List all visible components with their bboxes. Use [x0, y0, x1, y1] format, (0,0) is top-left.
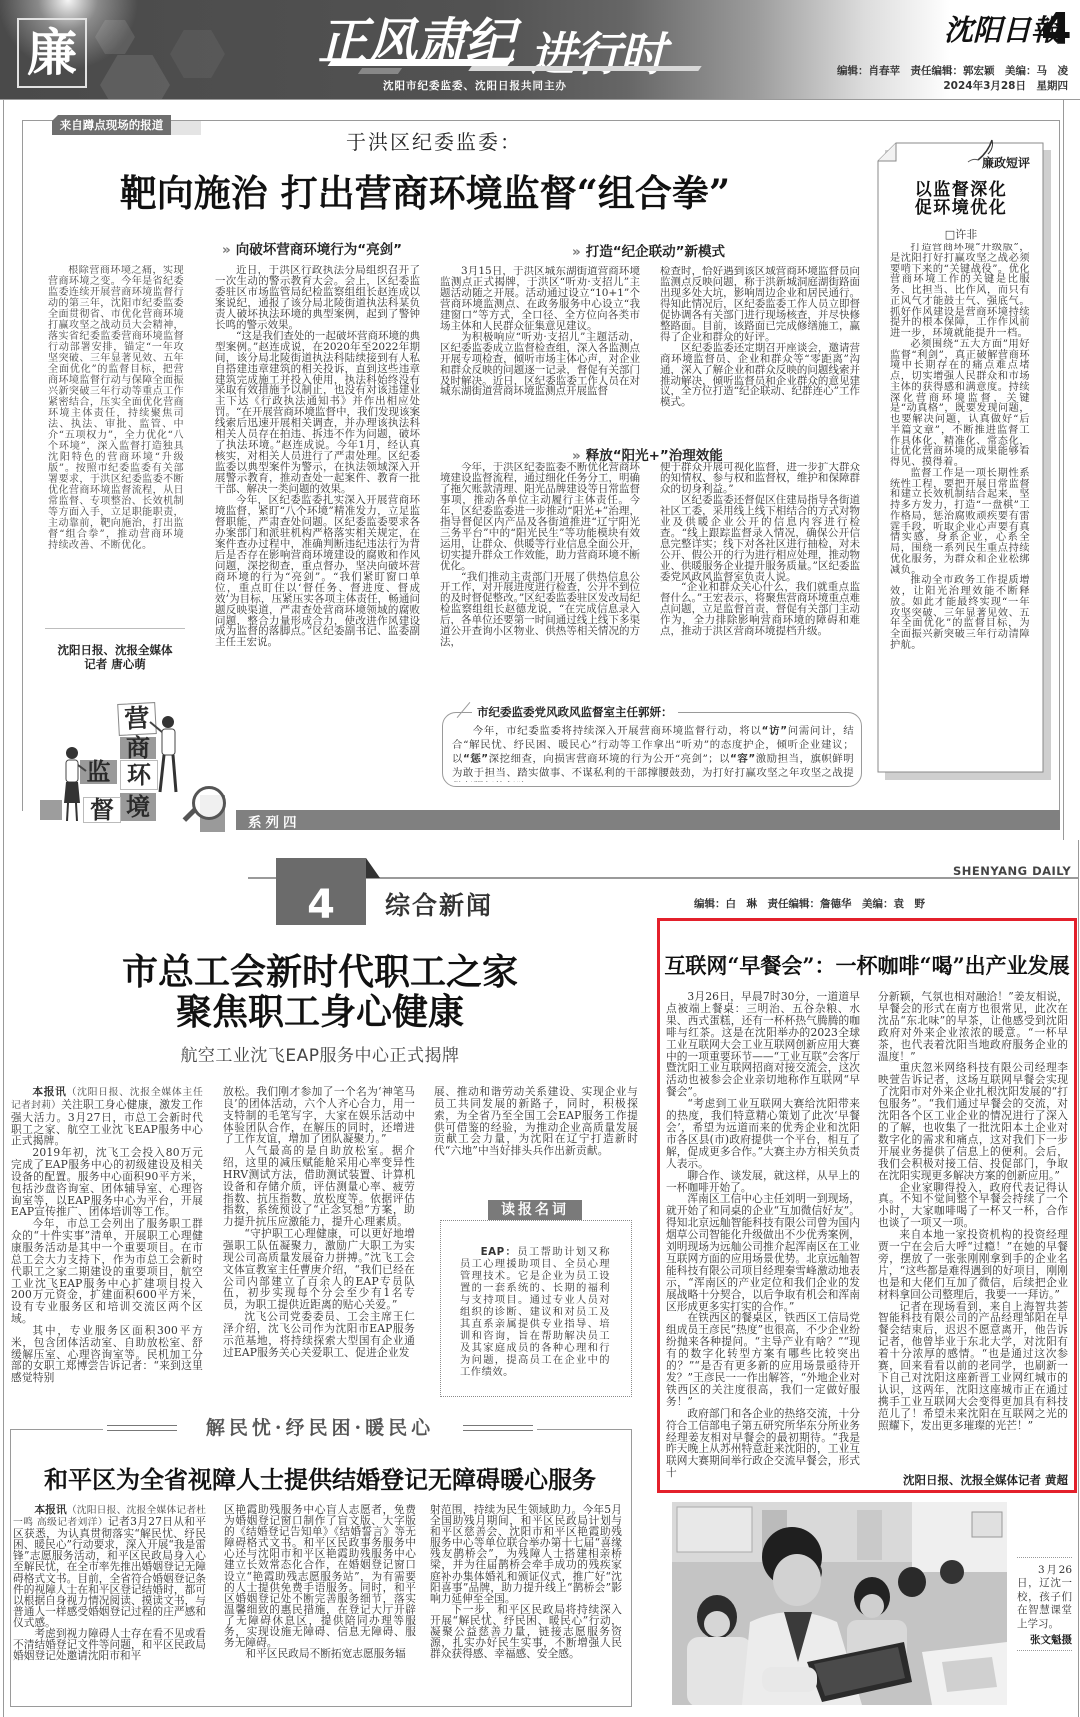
masthead-banner: 廉 正风肃纪 进行时 沈阳市纪委监委、沈阳日报共同主办 沈阳日報 4 编辑：肖春…	[0, 0, 1080, 99]
body-column-linkage-1: 3月15日，于洪区城东湖街道营商环境监测点正式揭牌，于洪区“听劝·支招儿”主题活…	[440, 266, 640, 442]
paragraph: 近日，于洪区行政执法分局组织召开了一次生动的警示教育大会。会上，区纪委监委驻区市…	[215, 265, 420, 331]
union-headline: 市总工会新时代职工之家 聚焦职工身心健康	[0, 952, 640, 1032]
paragraph: “我们推动主责部门开展了供热信息公开工作，对开展进度进行检查，公开不到位的及时督…	[440, 572, 640, 649]
block-jing: 境	[120, 793, 156, 821]
paragraph: 区纪委监委还督促区住建局指导各街道社区工委，采用线上线下相结合的方式对物业及供暖…	[660, 495, 860, 583]
title-underline-stripe	[358, 68, 402, 74]
paragraph: 区纪委监委还定期召开座谈会，邀请营商环境监督员、企业和群众等“零距离”沟通，深入…	[660, 343, 860, 409]
commentary-title: 以监督深化 促环境优化	[880, 181, 1042, 217]
paragraph: 检查时，恰好遇到该区域营商环境监督员向监测点反映问题，称于洪新城洞庭湖街路面出现…	[660, 266, 860, 343]
paragraph: 2019年初，沈飞工会投入80万元完成了EAP服务中心的初级建设及相关设备的配置…	[11, 1147, 203, 1218]
quote-text: 今年，市纪委监委将持续深入开展营商环境监督行动，将以“访”问需问计，结合“解民忧…	[452, 724, 854, 782]
block-du: 督	[83, 797, 121, 823]
paragraph: 和平区民政局不断拓宽志愿服务辐	[224, 1648, 416, 1659]
paragraph: 重庆忽米网络科技有限公司经理李映萱告诉记者，这场互联网早餐会实现了沈阳市对外来企…	[878, 1062, 1068, 1181]
commentary-body: 打造营商环境“升级版”，是沈阳打好打赢攻坚之战必须要啃下来的“关键战役”。优化营…	[890, 243, 1030, 763]
page-border-right	[1078, 840, 1079, 1717]
heping-column-1: 本报讯（沈阳日报、沈报全媒体记者杜一鸣 高级记者刘洋）记者3月27日从和平区获悉…	[13, 1504, 206, 1692]
lian-logo-icon: 廉	[17, 18, 87, 88]
paragraph: 为积极响应“听劝·支招儿”主题活动，区纪委监委成立监督检查组，深入各监测点开展专…	[440, 332, 640, 398]
byline-divider	[45, 628, 185, 629]
photo-caption: 3月26日，辽沈一校，孩子们在智慧课堂上学习。	[1017, 1564, 1072, 1631]
union-column-3: 展、推动和谐劳动关系建设、实现企业与员工共同发展的新路子，同时，积极探索，为全省…	[434, 1086, 638, 1182]
emphasis-text: 本报讯	[32, 1086, 66, 1098]
commentary-author: □许非	[880, 226, 1042, 242]
body-column-linkage-2: 检查时，恰好遇到该区域营商环境监督员向监测点反映问题，称于洪新城洞庭湖街路面出现…	[660, 266, 860, 442]
subhead-linkage: »打造“纪企联动”新模式	[572, 240, 725, 260]
article-kicker: 于洪区纪委监委：	[346, 126, 522, 155]
title-underline-stripe	[468, 66, 702, 71]
union-headline-line-2: 聚焦职工身心健康	[0, 992, 640, 1032]
emphasis-text: “惩”	[463, 753, 488, 765]
paragraph: “守护职工心理健康，可以更好地增强职工队伍凝聚力，激励广大职工为实现公司高质量发…	[223, 1228, 415, 1311]
page-border-right	[1063, 100, 1064, 840]
heping-column-2: 区艳霞助残服务中心盲人志愿者，免费为婚姻登记窗口制作了盲文版、大字版的《结婚登记…	[224, 1504, 416, 1692]
body-column-expose: 近日，于洪区行政执法分局组织召开了一次生动的警示教育大会。会上，区纪委监委驻区市…	[215, 265, 420, 797]
paragraph: 本报讯（沈阳日报、沈报全媒体记者杜一鸣 高级记者刘洋）记者3月27日从和平区获悉…	[13, 1504, 206, 1628]
paragraph: 展、推动和谐劳动关系建设、实现企业与员工共同发展的新路子，同时，积极探索，为全省…	[434, 1086, 638, 1157]
paragraph: 聊合作、谈发展，就这样，从早上的一杯咖啡开始了。	[666, 1170, 860, 1194]
emphasis-text: 本报讯	[34, 1504, 66, 1516]
breakfast-headline: 互联网“早餐会”：一杯咖啡“喝”出产业发展	[660, 950, 1074, 980]
classroom-photo	[672, 1502, 1007, 1705]
caption-rule-bottom	[1017, 1650, 1072, 1651]
banner-rule-left	[107, 1425, 177, 1431]
paragraph: 监督工作是一项长期性系统性工程，要把开展日常监督和建立长效机制结合起来，坚持多方…	[890, 469, 1030, 577]
paragraph: 其中，专业服务区面积300平方米，包含团体活动室、自助放松室、舒缓解压室、心理咨…	[11, 1325, 203, 1384]
paragraph: “考虑到工业互联网大赛给沈阳带来的热度，我们特意精心策划了此次‘早餐会’，希望为…	[666, 1098, 860, 1169]
tag-band	[171, 121, 201, 135]
paragraph: 下一步，和平区民政局将持续深入开展“解民忧、纾民困、暖民心”行动，凝聚公益慈善力…	[430, 1604, 622, 1659]
editors-line: 编辑：肖春苹 责任编辑：郭宏颖 美编：马 凌	[837, 63, 1068, 78]
photo-credit: 张文魁摄	[1017, 1632, 1072, 1647]
paragraph: 3月26日，早晨7时30分，一道道早点被端上餐桌：三明治、五谷杂粮、水果、西式蛋…	[666, 991, 860, 1098]
title-underline-stripe	[328, 59, 513, 66]
paragraph: 射范围，持续为民生领域助力。今年5月全国助残月期间，和平区民政局计划与和平区慈善…	[430, 1504, 622, 1604]
masthead-divider	[0, 99, 1080, 100]
commentary-title-line-1: 以监督深化	[880, 181, 1042, 199]
campaign-banner: 解民忧·纾民困·暖民心	[180, 1413, 460, 1440]
breakfast-byline: 沈阳日报、沈报全媒体记者 黄超	[897, 1472, 1068, 1488]
issue-date: 2024年3月28日 星期四	[943, 78, 1068, 93]
paragraph: 便于群众开展可视化监督，进一步扩大群众的知情权、参与权和监督权，维护和保障群众的…	[660, 462, 860, 495]
paragraph: EAP：员工帮助计划又称员工心理援助项目、全员心理管理技术。它是企业为员工设置的…	[460, 1246, 610, 1378]
union-headline-line-1: 市总工会新时代职工之家	[0, 952, 640, 992]
heping-column-3: 射范围，持续为民生领域助力。今年5月全国助残月期间，和平区民政局计划与和平区慈善…	[430, 1504, 622, 1692]
emphasis-text: EAP：	[481, 1246, 518, 1258]
section-tab-triangle	[366, 858, 380, 878]
breakfast-column-2: 分新颖，气氛也相对融洽！”姜友相说，早餐会的形式在南方也很常见，此次在沈品“东北…	[878, 991, 1068, 1467]
paragraph: 在铁西区的餐桌区，铁西区工信局党组成员王彦民“热度”也很高，不少企业纷纷抛来各种…	[666, 1312, 860, 1407]
paragraph: 今年，区纪委监委扎实深入开展营商环境监督，紧盯“八个环境”精准发力，立足监督职能…	[215, 495, 420, 648]
byline-outlet: 沈阳日报、沈报全媒体	[40, 643, 190, 657]
heping-headline: 和平区为全省视障人士提供结婚登记无障碍暖心服务	[10, 1460, 630, 1495]
paragraph: 来自本地一家投资机构的投资经理贾一宁在会后大呼“过瘾！”在她的早餐旁，摆放了一张…	[878, 1229, 1068, 1300]
column-title-tail: 进行时	[530, 18, 665, 84]
subhead-sunshine: »释放“阳光+”治理效能	[572, 444, 723, 464]
paragraph: 推动全市政务工作提质增效，让阳光治理效能不断释放。如此才能最终实现“一年攻坚突破…	[890, 576, 1030, 651]
bokeh-decoration	[170, 30, 225, 78]
classroom-photo-image	[672, 1502, 1007, 1705]
paragraph: 记者在现场看到，来自上海智共荟智能科技有限公司的产品经理邹阳在早餐会结束后，迟迟…	[878, 1301, 1068, 1432]
page-border-left	[3, 100, 4, 1717]
union-column-1: 本报讯（沈阳日报、沈报全媒体主任记者封莉）关注职工身心健康，激发工作强大活力。3…	[11, 1086, 203, 1402]
commentary-title-line-2: 促环境优化	[880, 199, 1042, 217]
glossary-definition: EAP：员工帮助计划又称员工心理援助项目、全员心理管理技术。它是企业为员工设置的…	[460, 1246, 610, 1381]
series-bar	[236, 810, 1060, 830]
intro-column: 根除营商环境之痛，实现营商环境之变。今年是省纪委监委连续开展营商环境监督行动的第…	[48, 265, 184, 611]
paragraph: 沈飞公司党委委员、工会主席王仁泽介绍，沈飞公司作为沈阳市EAP服务示范基地，将持…	[223, 1311, 415, 1358]
union-subheadline: 航空工业沈飞EAP服务中心正式揭牌	[0, 1041, 640, 1066]
body-column-sunshine-1: 今年，于洪区纪委监委不断优化营商环境建设监督流程，通过细化任务分工，明确了拖欠账…	[440, 462, 640, 692]
section-editors: 编辑：白 琳 责任编辑：詹德华 美编：袁 野	[694, 896, 925, 911]
paragraph: “企业和群众关心什么，我们就重点监督什么。”王宏表示，将聚焦营商环境重点难点问题…	[660, 582, 860, 637]
series-label: 系列四	[248, 811, 301, 831]
byline-reporter: 记者 唐心萌	[40, 657, 190, 671]
glossary-label: 读报名词	[488, 1200, 582, 1220]
emphasis-text: “访”	[762, 725, 788, 737]
page-number: 4	[1041, 4, 1072, 55]
bokeh-decoration	[95, 20, 135, 54]
subhead-expose: »向破坏营商环境行为“亮剑”	[222, 238, 402, 258]
double-chevron-icon: »	[222, 242, 231, 258]
paragraph: 人气最高的是自助放松室。据介绍，这里的减压赋能舱采用心率变异性HRV测试方法，借…	[223, 1145, 415, 1228]
paragraph: 本报讯（沈阳日报、沈报全媒体主任记者封莉）关注职工身心健康，激发工作强大活力。3…	[11, 1086, 203, 1147]
paragraph: 今年，市纪委监委将持续深入开展营商环境监督行动，将以“访”问需问计，结合“解民忧…	[452, 724, 854, 782]
paragraph: 3月15日，于洪区城东湖街道营商环境监测点正式揭牌，于洪区“听劝·支招儿”主题活…	[440, 266, 640, 332]
body-column-sunshine-2: 便于群众开展可视化监督，进一步扩大群众的知情权、参与权和监督权，维护和保障群众的…	[660, 462, 860, 692]
banner-rule-right	[463, 1425, 533, 1431]
union-column-2: 放松。我们刚才参加了一个名为‘神笔马良’的团体活动，六个人齐心合力，用一支特制的…	[223, 1086, 415, 1402]
paragraph: 区艳霞助残服务中心盲人志愿者，免费为婚姻登记窗口制作了盲文版、大字版的《结婚登记…	[224, 1504, 416, 1648]
byline: 沈阳日报、沈报全媒体 记者 唐心萌	[40, 643, 190, 671]
paragraph: 企业家聊得投入，政府代表记得认真。不知不觉间整个早餐会持续了一个小时，大家咖啡喝…	[878, 1182, 1068, 1230]
paper-english-name: SHENYANG DAILY	[953, 864, 1071, 878]
organizers-line: 沈阳市纪委监委、沈阳日报共同主办	[383, 78, 567, 93]
paragraph: 政府部门和各企业的热络交流，十分符合工信部电子第五研究所华东分所业务经理姜友相对…	[666, 1408, 860, 1479]
commentary-label: 廉政短评	[982, 154, 1030, 171]
section-tag: 来自蹲点现场的报道	[52, 115, 171, 135]
paragraph: 今年，于洪区纪委监委不断优化营商环境建设监督流程，通过细化任务分工，明确了拖欠账…	[440, 462, 640, 572]
paragraph: 考虑到视力障碍人士存在看不见或看不清结婚登记文件等问题，和平区民政局婚姻登记处邀…	[13, 1628, 206, 1661]
paragraph: 打造营商环境“升级版”，是沈阳打好打赢攻坚之战必须要啃下来的“关键战役”。优化营…	[890, 243, 1030, 340]
paragraph: 浑南区工信中心主任刘明一到现场，就开始了和同桌的企业“互加微信好友”。得知北京远…	[666, 1193, 860, 1312]
woman-figure-icon	[56, 745, 88, 823]
paragraph: 放松。我们刚才参加了一个名为‘神笔马良’的团体活动，六个人齐心合力，用一支特制的…	[223, 1086, 415, 1145]
paragraph: 今年，市总工会列出了服务职工群众的“十件实事”清单，开展职工心理健康服务活动是其…	[11, 1218, 203, 1325]
paragraph: 分新颖，气氛也相对融洽！”姜友相说，早餐会的形式在南方也很常见，此次在沈品“东北…	[878, 991, 1068, 1062]
paragraph: 必须围绕“五大方面”用好监督“利剑”，真正破解营商环境中长期存在的痛点难点堵点，…	[890, 340, 1030, 469]
emphasis-text: “容”	[730, 753, 755, 765]
double-chevron-icon: »	[572, 244, 581, 260]
caption-rule-top	[1017, 1557, 1072, 1558]
quote-speaker: 市纪委监委党风政风监督室主任郭妍：	[472, 704, 678, 720]
breakfast-column-1: 3月26日，早晨7时30分，一道道早点被端上餐桌：三明治、五谷杂粮、水果、西式蛋…	[666, 991, 860, 1479]
section-page-number: 4	[276, 884, 366, 926]
paragraph: 根除营商环境之痛，实现营商环境之变。今年是省纪委监委连续开展营商环境监督行动的第…	[48, 265, 184, 551]
man-figure-icon	[146, 712, 184, 796]
section-name: 综合新闻	[385, 886, 493, 922]
article-headline: 靶向施治 打出营商环境监督“组合拳”	[60, 170, 790, 216]
paragraph: “这是我们查处的一起破坏营商环境的典型案例。”赵连成说，在2020年至2022年…	[215, 331, 420, 495]
bokeh-decoration	[100, 55, 170, 115]
